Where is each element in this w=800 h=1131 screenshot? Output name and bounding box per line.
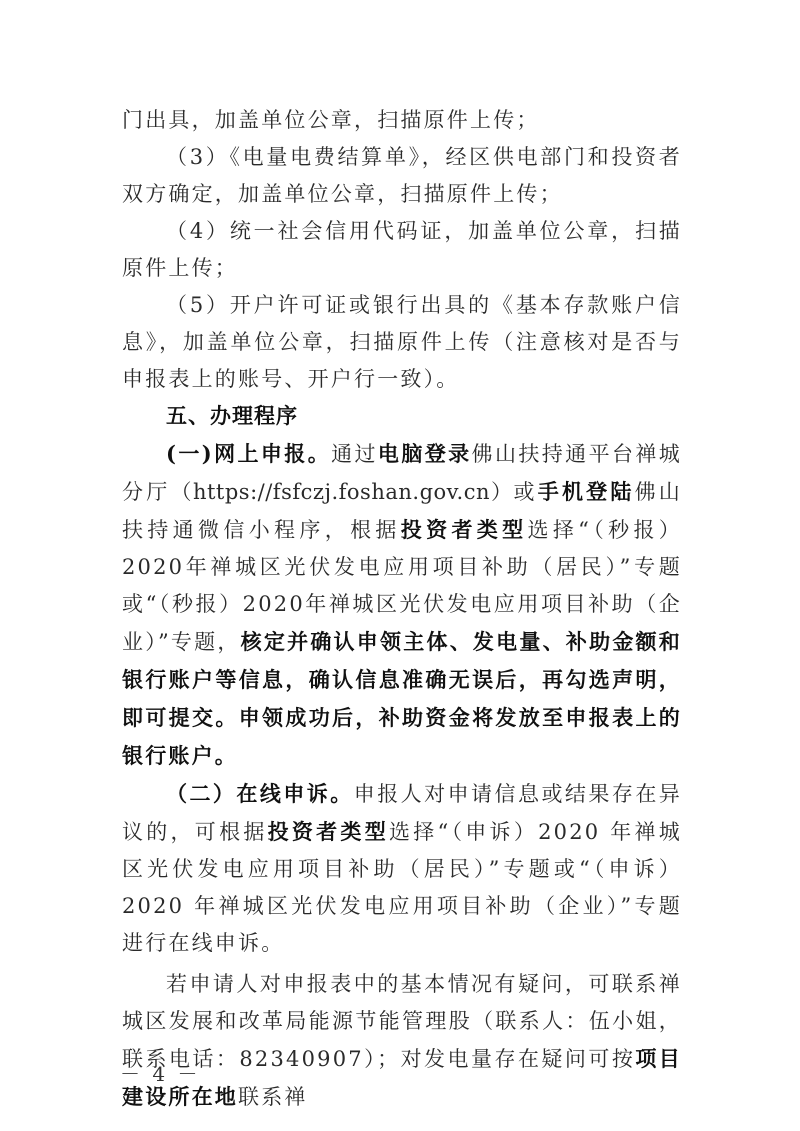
- bold-text: 手机登陆: [538, 479, 635, 504]
- paragraph-online-apply: (一)网上申报。通过电脑登录佛山扶持通平台禅城分厅（https://fsfczj…: [122, 435, 682, 775]
- text: 通过: [331, 442, 378, 466]
- section-heading: 五、办理程序: [122, 398, 682, 435]
- paragraph-contact: 若申请人对申报表中的基本情况有疑问，可联系禅城区发展和改革局能源节能管理股（联系…: [122, 966, 682, 1116]
- page-number: － 4 －: [120, 1058, 200, 1087]
- bold-text: 电脑登录: [378, 441, 472, 466]
- online-appeal-label: （二）在线申诉。: [166, 781, 354, 806]
- platform-url: （https://fsfczj.foshan.gov.cn）: [170, 480, 513, 504]
- paragraph-item-5: （5）开户许可证或银行出具的《基本存款账户信息》，加盖单位公章，扫描原件上传（注…: [122, 287, 682, 398]
- online-apply-label: (一)网上申报。: [166, 441, 331, 466]
- text: 或: [514, 480, 538, 504]
- text: 联系禅: [238, 1085, 308, 1109]
- bold-text: 投资者类型: [268, 819, 389, 844]
- document-page: 门出具，加盖单位公章，扫描原件上传； （3）《电量电费结算单》，经区供电部门和投…: [0, 0, 800, 1131]
- text: 若申请人对申报表中的基本情况有疑问，可联系禅城区发展和改革局能源节能管理股（联系…: [122, 972, 682, 1071]
- paragraph-item-3: （3）《电量电费结算单》，经区供电部门和投资者双方确定，加盖单位公章，扫描原件上…: [122, 139, 682, 213]
- paragraph-item-4: （4）统一社会信用代码证，加盖单位公章，扫描原件上传；: [122, 213, 682, 287]
- document-body: 门出具，加盖单位公章，扫描原件上传； （3）《电量电费结算单》，经区供电部门和投…: [122, 102, 682, 1116]
- paragraph-continuation: 门出具，加盖单位公章，扫描原件上传；: [122, 102, 682, 139]
- paragraph-online-appeal: （二）在线申诉。申报人对申请信息或结果存在异议的，可根据投资者类型选择“（申诉）…: [122, 775, 682, 962]
- bold-text: 投资者类型: [401, 517, 528, 542]
